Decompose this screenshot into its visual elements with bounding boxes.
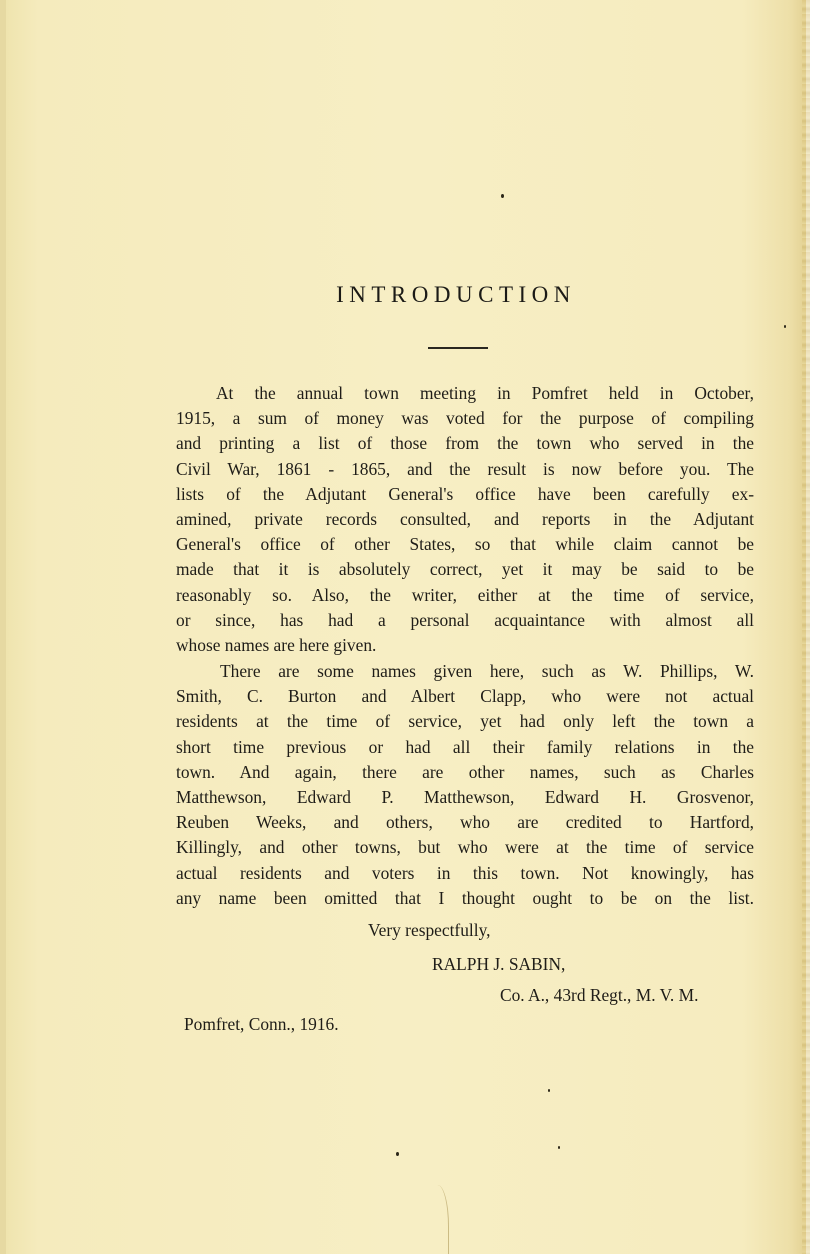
place-date: Pomfret, Conn., 1916. xyxy=(184,1014,339,1035)
text-line: At the annual town meeting in Pomfret he… xyxy=(176,381,754,406)
text-line: General's office of other States, so tha… xyxy=(176,532,754,557)
text-line: Reuben Weeks, and others, who are credit… xyxy=(176,810,754,835)
document-page: INTRODUCTION At the annual town meeting … xyxy=(0,0,806,1254)
text-line: and printing a list of those from the to… xyxy=(176,431,754,456)
text-line: whose names are here given. xyxy=(176,633,754,658)
signature-unit: Co. A., 43rd Regt., M. V. M. xyxy=(500,985,698,1006)
paragraph-2: There are some names given here, such as… xyxy=(176,659,754,911)
page-title: INTRODUCTION xyxy=(6,282,806,308)
text-line: Smith, C. Burton and Albert Clapp, who w… xyxy=(176,684,754,709)
text-line: residents at the time of service, yet ha… xyxy=(176,709,754,734)
text-line: Killingly, and other towns, but who were… xyxy=(176,835,754,860)
text-line: actual residents and voters in this town… xyxy=(176,861,754,886)
paper-speck xyxy=(784,325,786,328)
closing: Very respectfully, xyxy=(368,920,491,941)
text-line: lists of the Adjutant General's office h… xyxy=(176,482,754,507)
title-divider xyxy=(428,347,488,349)
text-line: any name been omitted that I thought oug… xyxy=(176,886,754,911)
text-line: Civil War, 1861 - 1865, and the result i… xyxy=(176,457,754,482)
paper-speck xyxy=(548,1089,550,1092)
text-line: town. And again, there are other names, … xyxy=(176,760,754,785)
text-line: 1915, a sum of money was voted for the p… xyxy=(176,406,754,431)
text-line: or since, has had a personal acquaintanc… xyxy=(176,608,754,633)
text-line: Matthewson, Edward P. Matthewson, Edward… xyxy=(176,785,754,810)
text-line: made that it is absolutely correct, yet … xyxy=(176,557,754,582)
text-line: There are some names given here, such as… xyxy=(176,659,754,684)
text-line: amined, private records consulted, and r… xyxy=(176,507,754,532)
text-line: reasonably so. Also, the writer, either … xyxy=(176,583,754,608)
paper-speck xyxy=(558,1146,560,1149)
paper-speck xyxy=(501,194,504,198)
paper-crease xyxy=(430,1185,449,1254)
paper-speck xyxy=(396,1152,399,1156)
signature-name: RALPH J. SABIN, xyxy=(432,954,565,975)
text-line: short time previous or had all their fam… xyxy=(176,735,754,760)
paragraph-1: At the annual town meeting in Pomfret he… xyxy=(176,381,754,658)
